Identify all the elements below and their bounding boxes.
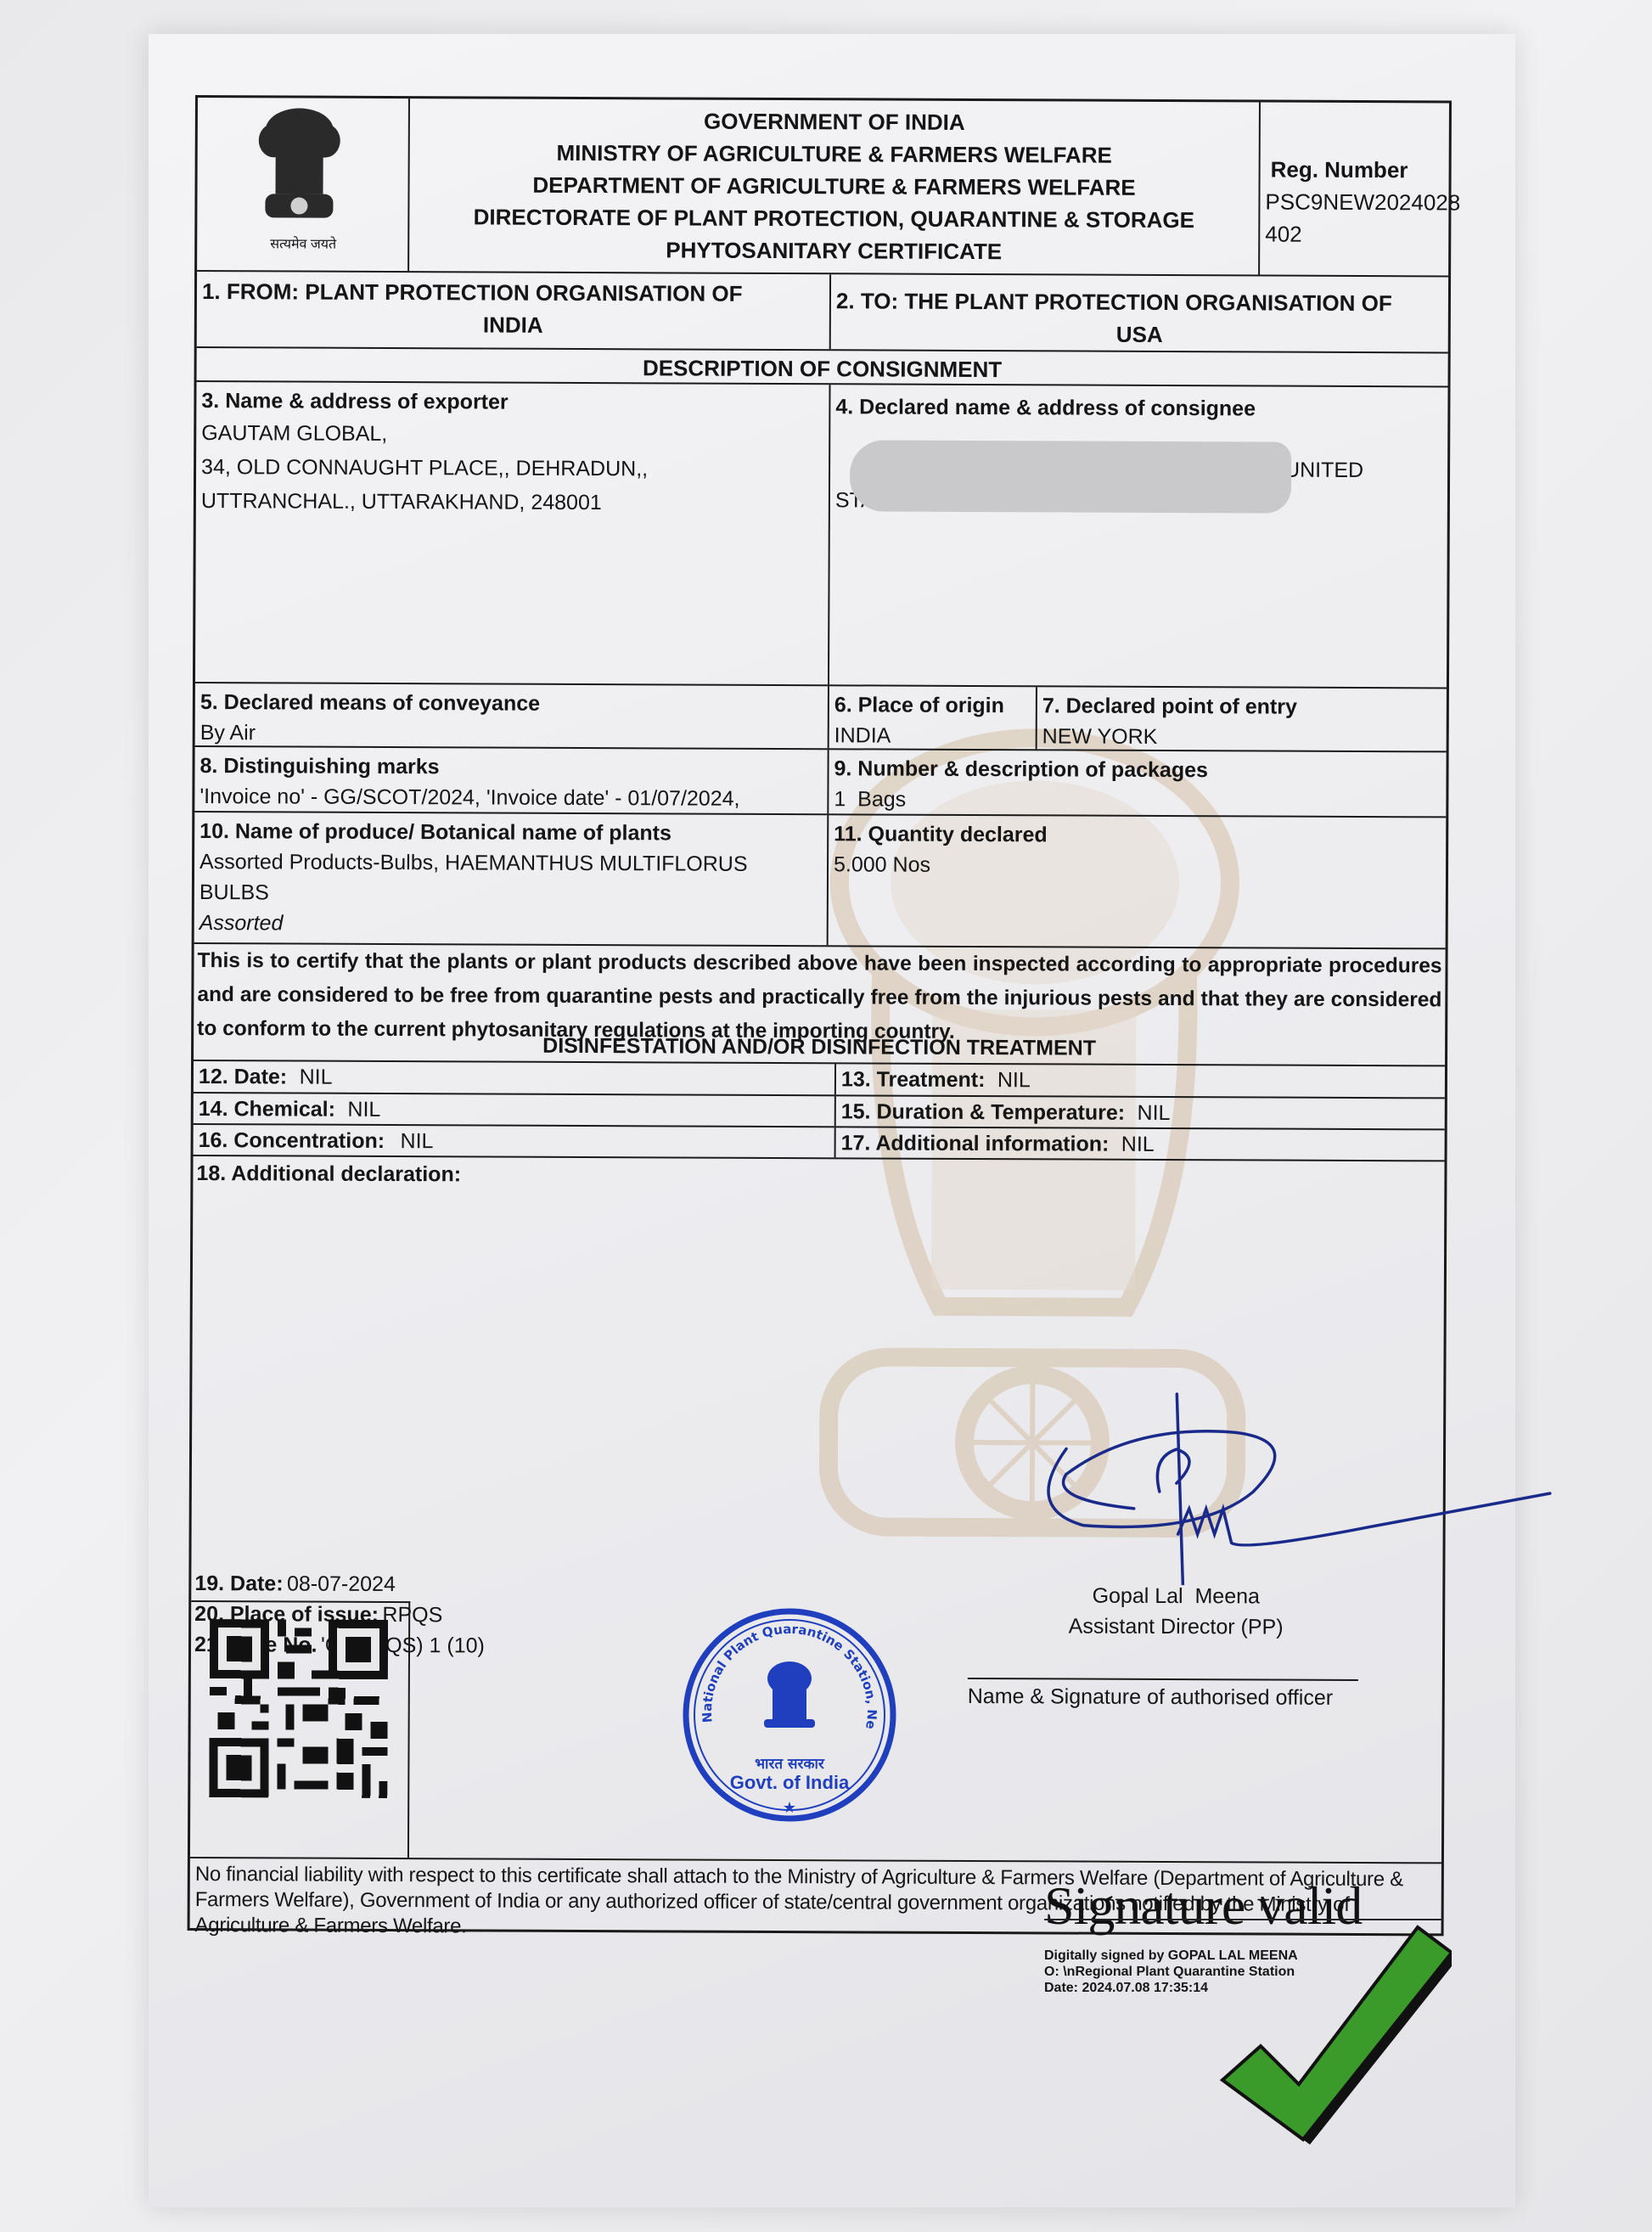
treatment-row-1: 12. Date: NIL 13. Treatment: NIL: [194, 1061, 1445, 1099]
to-value: USA: [836, 317, 1443, 351]
exporter-line: UTTRANCHAL., UTTARAKHAND, 248001: [201, 484, 823, 520]
consignee-country-1: UNITED: [1284, 455, 1363, 486]
treatment-date-label: 12. Date:: [199, 1065, 287, 1088]
conveyance-label: 5. Declared means of conveyance: [200, 687, 823, 720]
govt-title: GOVERNMENT OF INDIA: [415, 104, 1254, 139]
origin-label: 6. Place of origin: [834, 689, 1031, 721]
chemical-cell: 14. Chemical: NIL: [194, 1094, 834, 1126]
ministry-header: GOVERNMENT OF INDIA MINISTRY OF AGRICULT…: [409, 98, 1259, 274]
duration-value: NIL: [1137, 1101, 1170, 1125]
exporter-label: 3. Name & address of exporter: [201, 385, 823, 419]
duration-cell: 15. Duration & Temperature: NIL: [834, 1096, 1445, 1128]
consignee-label: 4. Declared name & address of consignee: [835, 391, 1442, 424]
produce-row: 10. Name of produce/ Botanical name of p…: [194, 812, 1447, 947]
exporter-line: 34, OLD CONNAUGHT PLACE,, DEHRADUN,,: [201, 450, 823, 486]
directorate-title: DIRECTORATE OF PLANT PROTECTION, QUARANT…: [414, 200, 1253, 236]
stamp-star-icon: ★: [783, 1799, 796, 1816]
produce-italic: Assorted: [199, 908, 822, 941]
department-title: DEPARTMENT OF AGRICULTURE & FARMERS WELF…: [414, 168, 1253, 204]
additional-declaration-label: 18. Additional declaration:: [193, 1156, 1444, 1195]
quantity-value: 5.000 Nos: [834, 849, 1441, 882]
officer-block: Gopal Lal Meena Assistant Director (PP): [1048, 1580, 1303, 1642]
conveyance-cell: 5. Declared means of conveyance By Air: [195, 683, 828, 748]
digital-signature-block: Signature valid Digitally signed by GOPA…: [1044, 1876, 1452, 2131]
treatment-type-cell: 13. Treatment: NIL: [834, 1064, 1445, 1097]
reg-number-value-2: 402: [1265, 218, 1443, 251]
officer-signature-icon: [1031, 1389, 1559, 1587]
concentration-label: 16. Concentration:: [199, 1128, 385, 1153]
issue-date-value: 08-07-2024: [287, 1571, 396, 1596]
consignment-heading: DESCRIPTION OF CONSIGNMENT: [197, 348, 1448, 387]
from-value: INDIA: [202, 307, 824, 342]
marks-value: 'Invoice no' - GG/SCOT/2024, 'Invoice da…: [199, 781, 822, 814]
exporter-line: GAUTAM GLOBAL,: [201, 416, 823, 453]
duration-label: 15. Duration & Temperature:: [841, 1099, 1125, 1124]
marks-cell: 8. Distinguishing marks 'Invoice no' - G…: [194, 747, 827, 813]
header-row: सत्यमेव जयते GOVERNMENT OF INDIA MINISTR…: [197, 98, 1449, 277]
signature-strike-line: [1044, 1919, 1443, 1920]
packages-cell: 9. Number & description of packages 1 Ba…: [827, 750, 1446, 816]
conveyance-value: By Air: [200, 717, 823, 751]
concentration-value: NIL: [401, 1129, 434, 1153]
additional-info-value: NIL: [1121, 1133, 1155, 1156]
packages-value: 1 Bags: [834, 784, 1441, 817]
officer-name: Gopal Lal Meena: [1048, 1580, 1303, 1611]
from-label: 1. FROM: PLANT PROTECTION ORGANISATION O…: [202, 275, 824, 310]
treatment-row-3: 16. Concentration: NIL 17. Additional in…: [194, 1125, 1445, 1161]
origin-cell: 6. Place of origin INDIA: [828, 686, 1036, 749]
exporter-consignee-row: 3. Name & address of exporter GAUTAM GLO…: [195, 382, 1448, 689]
conveyance-row: 5. Declared means of conveyance By Air 6…: [195, 683, 1447, 752]
certify-row: This is to certify that the plants or pl…: [194, 942, 1446, 1066]
national-emblem-icon: [248, 104, 351, 233]
produce-cell: 10. Name of produce/ Botanical name of p…: [194, 812, 828, 945]
signature-date: Date: 2024.07.08 17:35:14: [1044, 1981, 1208, 1996]
stamp-govt-text: Govt. of India: [730, 1772, 850, 1793]
reg-number-label: Reg. Number: [1266, 154, 1444, 187]
entry-label: 7. Declared point of entry: [1042, 690, 1441, 722]
consignment-heading-row: DESCRIPTION OF CONSIGNMENT: [197, 348, 1448, 387]
issue-date-label: 19. Date:: [194, 1571, 283, 1595]
reg-number-cell: Reg. Number PSC9NEW2024028 402: [1258, 102, 1449, 275]
officer-title: Assistant Director (PP): [1048, 1611, 1303, 1642]
produce-line: BULBS: [199, 877, 822, 910]
chemical-label: 14. Chemical:: [199, 1097, 335, 1122]
to-label: 2. TO: THE PLANT PROTECTION ORGANISATION…: [836, 284, 1443, 319]
qr-code-box: [190, 1600, 410, 1858]
treatment-row-2: 14. Chemical: NIL 15. Duration & Tempera…: [194, 1094, 1445, 1130]
packages-label: 9. Number & description of packages: [834, 753, 1441, 786]
certificate-title: PHYTOSANITARY CERTIFICATE: [414, 233, 1253, 268]
chemical-value: NIL: [347, 1098, 380, 1122]
quantity-cell: 11. Quantity declared 5.000 Nos: [827, 815, 1447, 947]
concentration-cell: 16. Concentration: NIL: [194, 1125, 834, 1157]
entry-cell: 7. Declared point of entry NEW YORK: [1036, 687, 1447, 751]
produce-label: 10. Name of produce/ Botanical name of p…: [199, 816, 822, 849]
emblem-motto: सत्यमेव जयते: [231, 233, 375, 253]
produce-line: Assorted Products-Bulbs, HAEMANTHUS MULT…: [199, 846, 822, 880]
additional-info-cell: 17. Additional information: NIL: [834, 1127, 1445, 1160]
treatment-type-label: 13. Treatment:: [841, 1067, 986, 1092]
signature-caption: Name & Signature of authorised officer: [968, 1681, 1333, 1713]
emblem-cell: सत्यमेव जयते: [197, 98, 410, 271]
stamp-hindi-bottom: भारत सरकार: [755, 1756, 825, 1773]
exporter-cell: 3. Name & address of exporter GAUTAM GLO…: [195, 382, 829, 684]
qr-code-icon[interactable]: [209, 1619, 388, 1798]
from-cell: 1. FROM: PLANT PROTECTION ORGANISATION O…: [197, 272, 829, 349]
reg-number-value-1: PSC9NEW2024028: [1265, 186, 1443, 219]
marks-label: 8. Distinguishing marks: [199, 751, 822, 784]
redacted-consignee-name: [850, 440, 1291, 513]
ministry-title: MINISTRY OF AGRICULTURE & FARMERS WELFAR…: [415, 136, 1254, 171]
entry-value: NEW YORK: [1042, 721, 1441, 753]
to-cell: 2. TO: THE PLANT PROTECTION ORGANISATION…: [829, 274, 1448, 351]
treatment-heading: DISINFESTATION AND/OR DISINFECTION TREAT…: [194, 1029, 1445, 1065]
signature-valid-title: Signature valid: [1044, 1876, 1362, 1936]
treatment-date-value: NIL: [300, 1065, 333, 1089]
signer-org: O: \nRegional Plant Quarantine Station: [1044, 1965, 1295, 1980]
origin-value: INDIA: [834, 720, 1031, 751]
treatment-type-value: NIL: [997, 1068, 1031, 1092]
consignee-cell: 4. Declared name & address of consignee …: [828, 385, 1448, 687]
marks-row: 8. Distinguishing marks 'Invoice no' - G…: [194, 747, 1446, 818]
signed-by: Digitally signed by GOPAL LAL MEENA: [1044, 1948, 1298, 1964]
from-to-row: 1. FROM: PLANT PROTECTION ORGANISATION O…: [197, 272, 1448, 353]
additional-info-label: 17. Additional information:: [841, 1131, 1110, 1155]
official-stamp-icon: National Plant Quarantine Station, New D…: [679, 1600, 900, 1830]
treatment-date-cell: 12. Date: NIL: [194, 1061, 834, 1094]
quantity-label: 11. Quantity declared: [834, 818, 1441, 852]
